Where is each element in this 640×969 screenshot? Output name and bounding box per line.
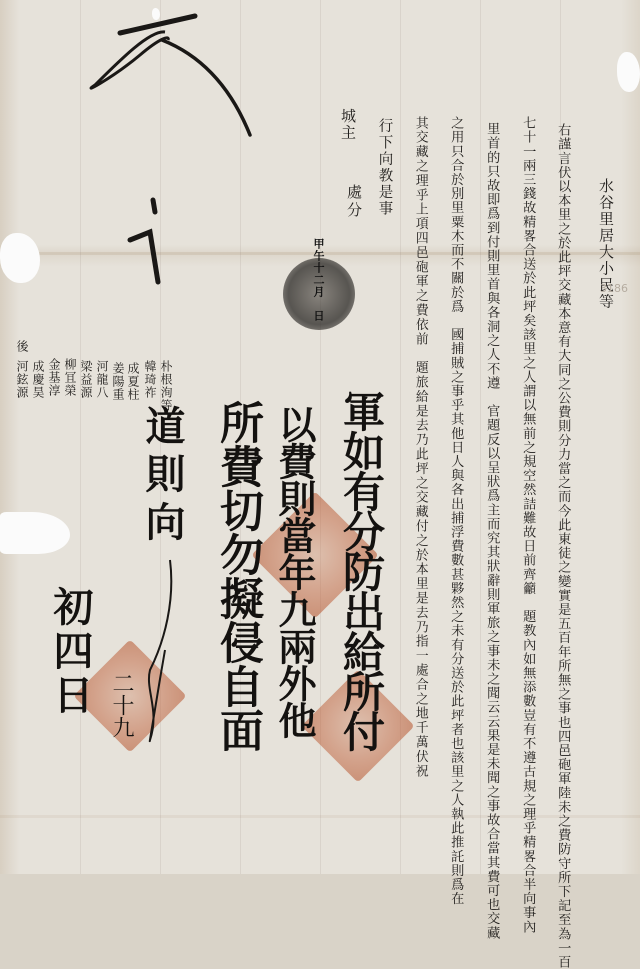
- top-brush-marks: [0, 0, 640, 874]
- document-paper: 水谷里居大小民等 3186 右謹言伏以本里之於此坪交藏本意有大同之公費則分力當之…: [0, 0, 640, 874]
